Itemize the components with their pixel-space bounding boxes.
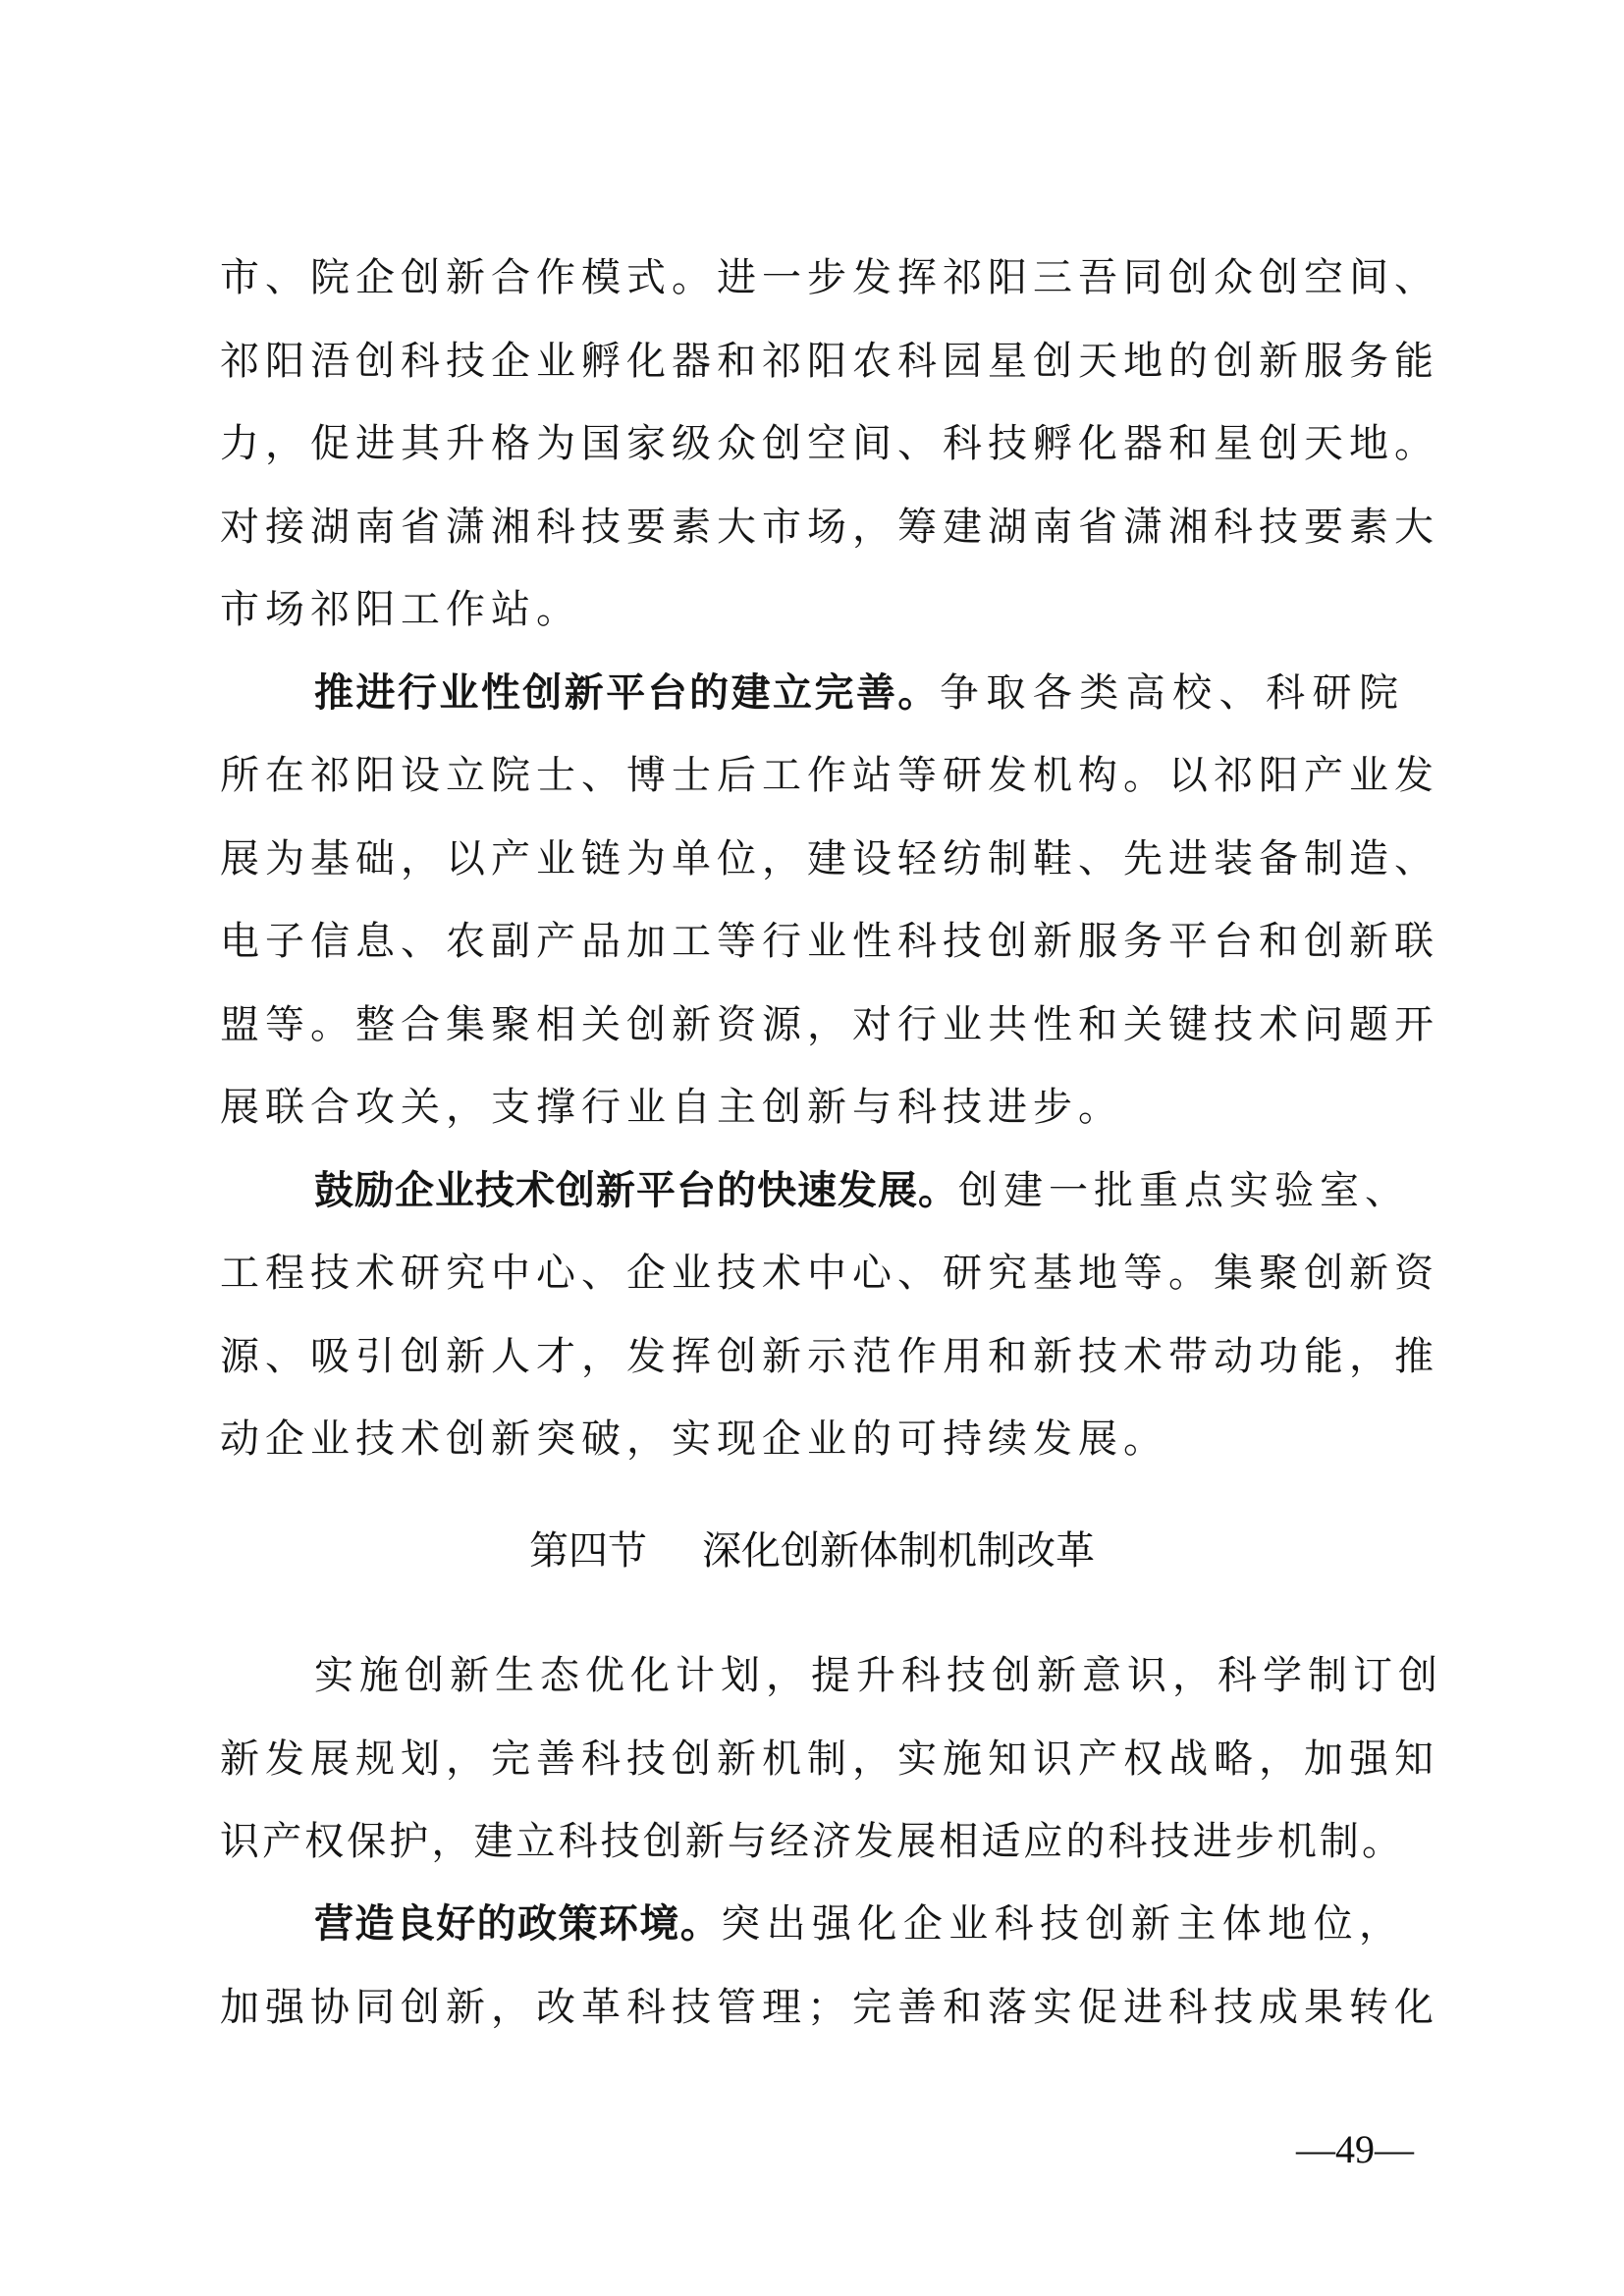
- body-line: 展联合攻关，支撑行业自主创新与科技进步。: [220, 1080, 1404, 1135]
- page-number: —49—: [1276, 2128, 1434, 2171]
- body-line: 展为基础，以产业链为单位，建设轻纺制鞋、先进装备制造、: [220, 831, 1404, 886]
- paragraph-bold-lead: 鼓励企业技术创新平台的快速发展。: [314, 1168, 958, 1213]
- body-line: 祁阳浯创科技企业孵化器和祁阳农科园星创天地的创新服务能: [220, 334, 1404, 389]
- paragraph-lead-rest: 突出强化企业科技创新主体地位，: [721, 1901, 1404, 1947]
- paragraph-first-line: 实施创新生态优化计划，提升科技创新意识，科学制订创: [220, 1648, 1404, 1703]
- body-line: 力，促进其升格为国家级众创空间、科技孵化器和星创天地。: [220, 416, 1404, 471]
- paragraph-first-line: 营造良好的政策环境。突出强化企业科技创新主体地位，: [220, 1896, 1404, 1951]
- section-number: 第四节: [529, 1528, 647, 1574]
- body-line: 工程技术研究中心、企业技术中心、研究基地等。集聚创新资: [220, 1246, 1404, 1301]
- body-line: 市场祁阳工作站。: [220, 582, 1404, 637]
- body-line: 新发展规划，完善科技创新机制，实施知识产权战略，加强知: [220, 1732, 1404, 1787]
- body-line: 盟等。整合集聚相关创新资源，对行业共性和关键技术问题开: [220, 997, 1404, 1052]
- paragraph-bold-lead: 营造良好的政策环境。: [314, 1901, 721, 1947]
- body-line: 对接湖南省潇湘科技要素大市场，筹建湖南省潇湘科技要素大: [220, 500, 1404, 555]
- paragraph-first-line: 推进行业性创新平台的建立完善。争取各类高校、科研院: [220, 666, 1404, 721]
- paragraph-first-line: 鼓励企业技术创新平台的快速发展。创建一批重点实验室、: [220, 1163, 1404, 1218]
- document-page: 市、院企创新合作模式。进一步发挥祁阳三吾同创众创空间、 祁阳浯创科技企业孵化器和…: [0, 0, 1624, 2296]
- section-title: 深化创新体制机制改革: [702, 1528, 1095, 1574]
- paragraph-lead-rest: 争取各类高校、科研院: [940, 670, 1404, 716]
- section-heading: 第四节深化创新体制机制改革: [0, 1523, 1624, 1578]
- body-line: 识产权保护，建立科技创新与经济发展相适应的科技进步机制。: [220, 1814, 1404, 1869]
- body-line: 动企业技术创新突破，实现企业的可持续发展。: [220, 1412, 1404, 1467]
- paragraph-lead-rest: 创建一批重点实验室、: [958, 1168, 1410, 1213]
- paragraph-bold-lead: 推进行业性创新平台的建立完善。: [314, 670, 940, 716]
- body-line: 电子信息、农副产品加工等行业性科技创新服务平台和创新联: [220, 914, 1404, 969]
- body-line: 源、吸引创新人才，发挥创新示范作用和新技术带动功能，推: [220, 1329, 1404, 1384]
- body-line: 加强协同创新，改革科技管理；完善和落实促进科技成果转化: [220, 1980, 1404, 2035]
- body-line: 所在祁阳设立院士、博士后工作站等研发机构。以祁阳产业发: [220, 748, 1404, 803]
- body-line: 市、院企创新合作模式。进一步发挥祁阳三吾同创众创空间、: [220, 250, 1404, 305]
